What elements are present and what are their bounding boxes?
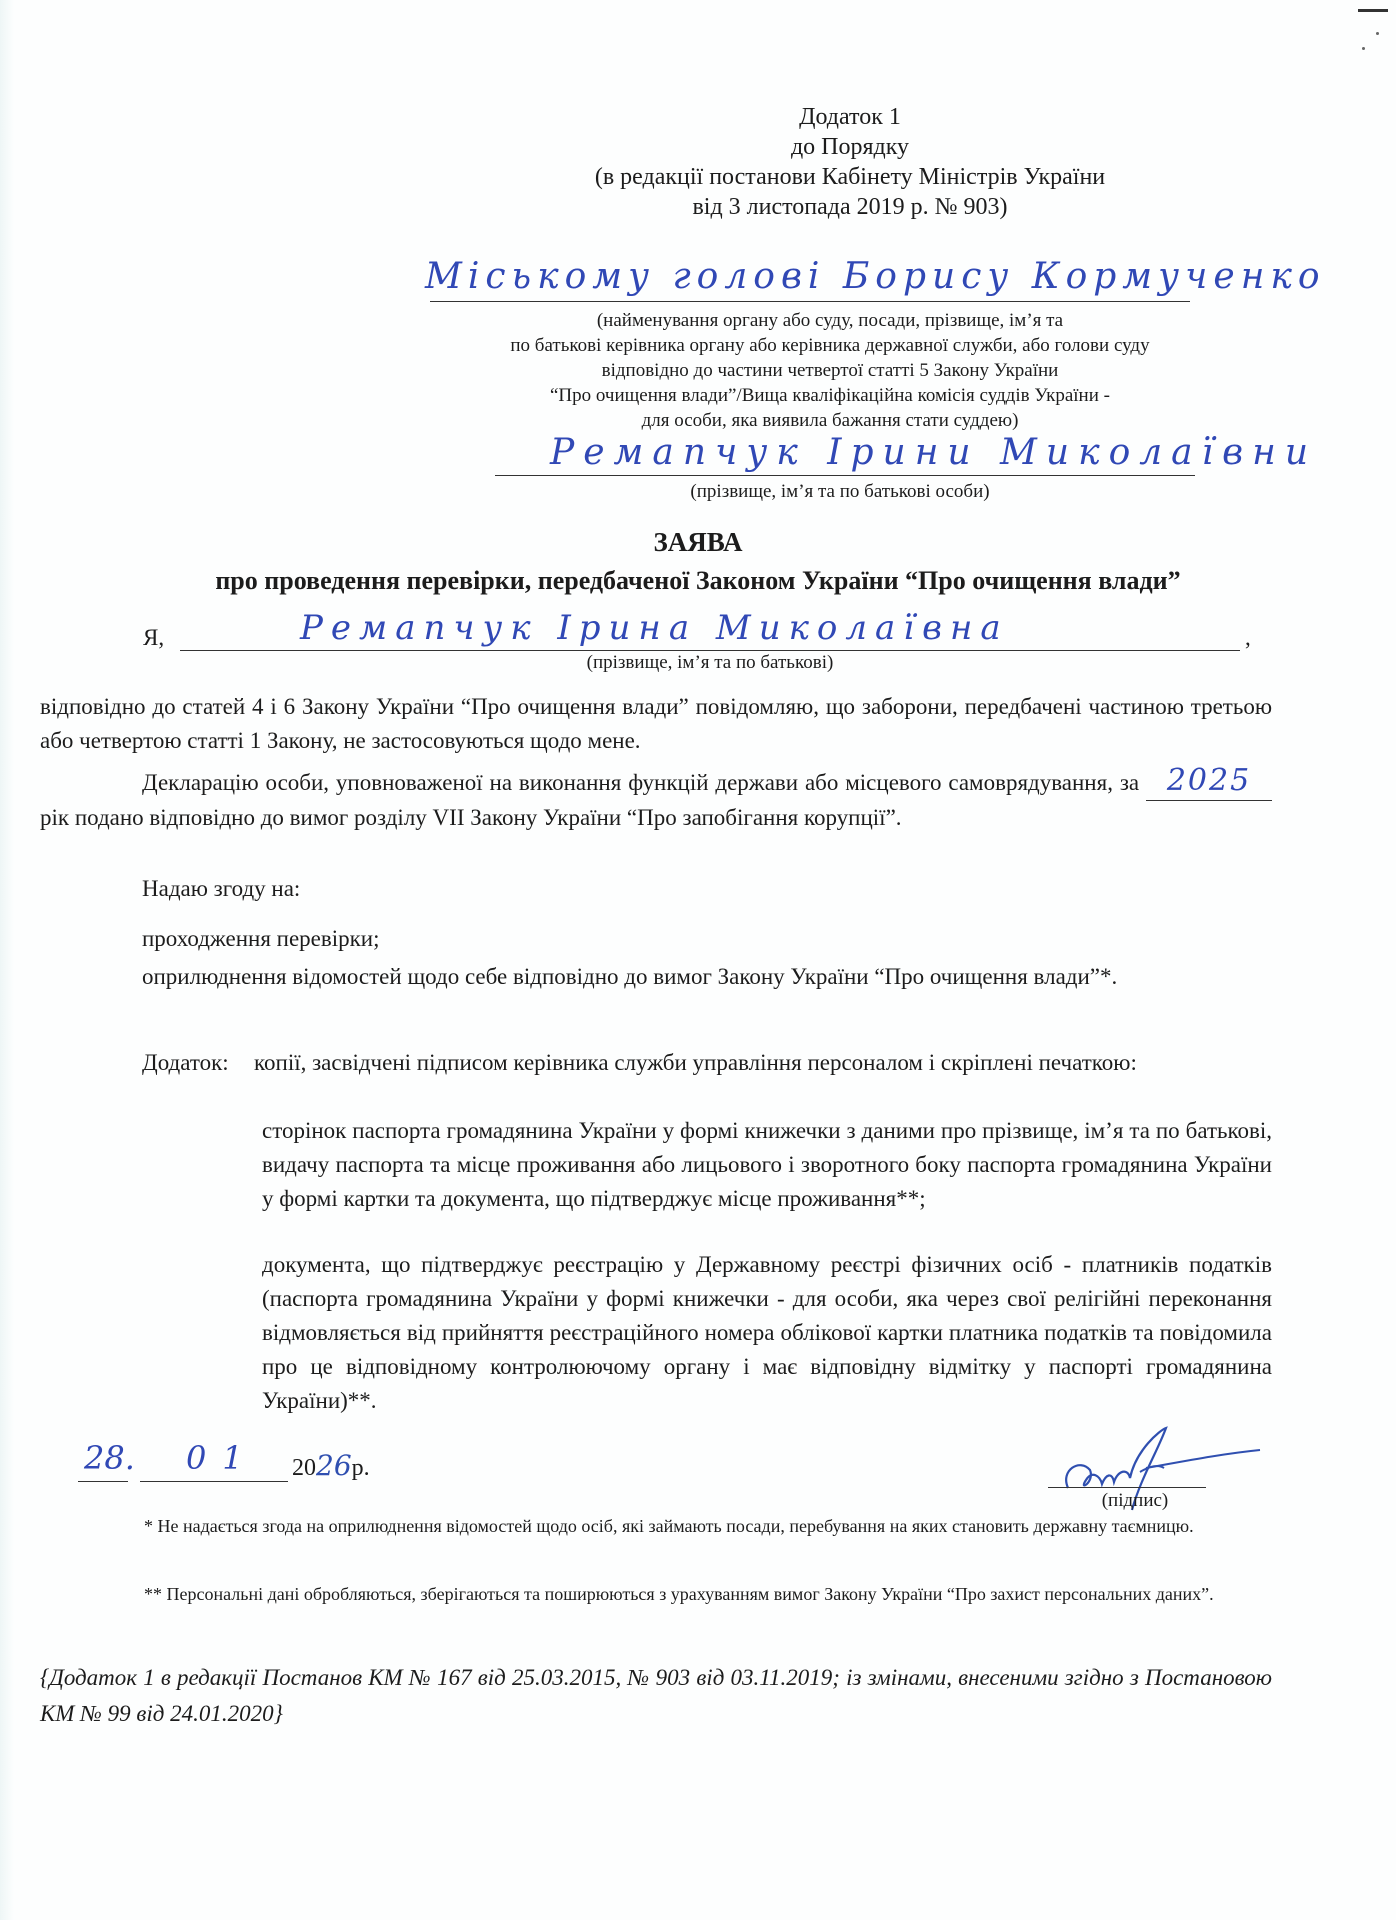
revision-note: {Додаток 1 в редакції Постанов КМ № 167 …	[40, 1660, 1272, 1732]
declaration-year: 2025	[1167, 763, 1251, 798]
consent-item: оприлюднення відомостей щодо себе відпов…	[40, 960, 1272, 994]
declarant-caption: (прізвище, ім’я та по батькові)	[550, 650, 870, 675]
footnote-1: * Не надається згода на оприлюднення від…	[40, 1510, 1272, 1542]
attachment-item: документа, що підтверджує реєстрацію у Д…	[262, 1248, 1272, 1418]
attachments-intro: копії, засвідчені підписом керівника слу…	[254, 1046, 1272, 1080]
statement-paragraph: відповідно до статей 4 і 6 Закону Україн…	[40, 690, 1272, 758]
signature-field[interactable]: (підпис)	[1040, 1420, 1220, 1510]
header-line: від 3 листопада 2019 р. № 903)	[500, 192, 1200, 222]
month-line	[140, 1481, 288, 1482]
year-prefix: 20	[292, 1455, 316, 1481]
declaration-paragraph: Декларацію особи, уповноваженої на викон…	[40, 764, 1272, 835]
caption-line: (найменування органу або суду, посади, п…	[400, 308, 1260, 333]
scan-mark	[1358, 9, 1388, 12]
caption-line: “Про очищення влади”/Вища кваліфікаційна…	[400, 383, 1260, 408]
scan-speck	[1376, 32, 1379, 35]
attachments-label: Додаток:	[142, 1046, 229, 1080]
declaration-year-field[interactable]: 2025	[1146, 764, 1272, 801]
year-handwritten: 26	[316, 1449, 352, 1482]
applicant-caption: (прізвище, ім’я та по батькові особи)	[480, 479, 1200, 504]
date-month: 01	[186, 1439, 259, 1477]
caption-line: відповідно до частини четвертої статті 5…	[400, 358, 1260, 383]
applicant-line	[495, 475, 1195, 476]
scan-edge	[0, 0, 14, 1920]
addressee-caption: (найменування органу або суду, посади, п…	[400, 308, 1260, 433]
scan-speck	[1362, 47, 1365, 50]
declarant-prefix: Я,	[143, 621, 164, 655]
document-subtitle: про проведення перевірки, передбаченої З…	[0, 566, 1396, 596]
document-title: ЗАЯВА	[0, 527, 1396, 558]
applicant-handwritten[interactable]: Ремапчук Ірини Миколаївни	[550, 432, 1317, 473]
header-line: Додаток 1	[500, 102, 1200, 132]
caption-line: по батькові керівника органу або керівни…	[400, 333, 1260, 358]
declarant-handwritten[interactable]: Ремапчук Ірина Миколаївна	[300, 608, 1009, 648]
date-year: 2026р.	[292, 1449, 370, 1482]
date-day: 28.	[84, 1439, 135, 1477]
addressee-line	[430, 301, 1190, 302]
year-suffix: р.	[352, 1455, 370, 1481]
consent-item: проходження перевірки;	[142, 922, 380, 956]
addressee-handwritten[interactable]: Міському голові Борису Кормученко	[425, 256, 1326, 297]
footnote-2: ** Персональні дані обробляються, зберіг…	[40, 1578, 1272, 1610]
declaration-text-after: рік подано відповідно до вимог розділу V…	[40, 805, 902, 830]
declarant-suffix: ,	[1245, 621, 1251, 655]
document-page: Додаток 1 до Порядку (в редакції постано…	[0, 0, 1396, 1920]
appendix-header: Додаток 1 до Порядку (в редакції постано…	[500, 102, 1200, 222]
consent-intro: Надаю згоду на:	[142, 872, 300, 906]
header-line: до Порядку	[500, 132, 1200, 162]
header-line: (в редакції постанови Кабінету Міністрів…	[500, 162, 1200, 192]
day-line	[78, 1481, 128, 1482]
declaration-text-before: Декларацію особи, уповноваженої на викон…	[142, 770, 1139, 795]
caption-line: для особи, яка виявила бажання стати суд…	[400, 408, 1260, 433]
attachment-item: сторінок паспорта громадянина України у …	[262, 1114, 1272, 1216]
